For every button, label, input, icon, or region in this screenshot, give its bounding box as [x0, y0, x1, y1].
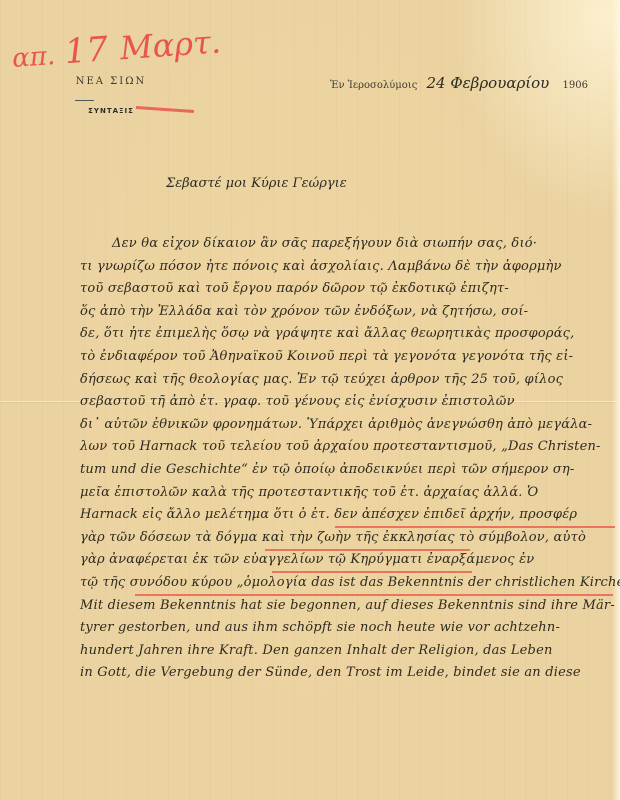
letter-line-text: Harnack εἰς ἄλλο μελέτημα ὅτι ὁ ἐτ. δεν …: [80, 507, 577, 522]
dateline-day-month: 24 Φεβρουαρίου: [426, 74, 549, 92]
letter-line-text: τοῦ σεβαστοῦ καὶ τοῦ ἔργου παρόν δῶρον τ…: [80, 281, 509, 296]
letter-line-text: tyrer gestorben, und aus ihm schöpft sie…: [80, 620, 560, 635]
letter-line-text: μεῖα ἐπιστολῶν καλὰ τῆς προτεσταντικῆς τ…: [80, 485, 538, 500]
red-pencil-underline: [272, 571, 472, 573]
letter-line: hundert Jahren ihre Kraft. Den ganzen In…: [0, 643, 620, 667]
annotation-day: 17: [63, 29, 109, 72]
letterhead-divider: [75, 100, 94, 101]
letter-line-text: Δεν θα εἶχον δίκαιον ἂν σᾶς παρεξήγουν δ…: [112, 236, 537, 251]
letter-line-text: γὰρ ἀναφέρεται ἐκ τῶν εὐαγγελίων τῷ Κηρύ…: [80, 552, 534, 567]
letter-line-text: ὅς ἀπὸ τὴν Ἑλλάδα καὶ τὸν χρόνον τῶν ἐνδ…: [80, 304, 528, 319]
letter-line: τὸ ἐνδιαφέρον τοῦ Ἀθηναϊκοῦ Κοινοῦ περὶ …: [0, 349, 620, 373]
letter-line: μεῖα ἐπιστολῶν καλὰ τῆς προτεσταντικῆς τ…: [0, 485, 620, 509]
letter-line-text: δι᾽ αὐτῶν ἐθνικῶν φρονημάτων. Ὑπάρχει ἀρ…: [80, 417, 592, 432]
letter-line-text: hundert Jahren ihre Kraft. Den ganzen In…: [80, 643, 553, 658]
letterhead-subtitle: ΣΥΝΤΑΞΙΣ: [56, 107, 166, 115]
letter-line-text: δήσεως καὶ τῆς θεολογίας μας. Ἐν τῷ τεύχ…: [80, 372, 563, 387]
letter-line-text: τῷ τῆς συνόδου κύρου „ὁμολογία das ist d…: [80, 575, 620, 590]
letter-line: tyrer gestorben, und aus ihm schöpft sie…: [0, 620, 620, 644]
red-pencil-underline: [335, 526, 615, 528]
letter-line: δήσεως καὶ τῆς θεολογίας μας. Ἐν τῷ τεύχ…: [0, 372, 620, 396]
red-pencil-underline: [135, 594, 613, 596]
letter-line-text: δε, ὅτι ἦτε ἐπιμελὴς ὅσῳ νὰ γράψητε καὶ …: [80, 326, 574, 341]
letter-line-text: τι γνωρίζω πόσον ἦτε πόνοις καὶ ἀσχολίαι…: [80, 259, 562, 274]
dateline-place: Ἐν Ἱεροσολύμοις: [330, 80, 417, 91]
letterhead-title: ΝΕΑ ΣΙΩΝ: [56, 76, 166, 87]
letter-line-text: Mit diesem Bekenntnis hat sie begonnen, …: [80, 598, 615, 613]
letter-line-text: γὰρ τῶν δόσεων τὰ δόγμα καὶ τὴν ζωὴν τῆς…: [80, 530, 586, 545]
letter-line: ὅς ἀπὸ τὴν Ἑλλάδα καὶ τὸν χρόνον τῶν ἐνδ…: [0, 304, 620, 328]
dateline: Ἐν Ἱεροσολύμοις 24 Φεβρουαρίου 1906: [330, 74, 588, 92]
letter-line: σεβαστοῦ τῆ ἀπὸ ἐτ. γραφ. τοῦ γένους εἰς…: [0, 394, 620, 418]
letter-line: τι γνωρίζω πόσον ἦτε πόνοις καὶ ἀσχολίαι…: [0, 259, 620, 283]
letter-line: τοῦ σεβαστοῦ καὶ τοῦ ἔργου παρόν δῶρον τ…: [0, 281, 620, 305]
letter-line-text: τὸ ἐνδιαφέρον τοῦ Ἀθηναϊκοῦ Κοινοῦ περὶ …: [80, 349, 573, 364]
letter-line: in Gott, die Vergebung der Sünde, den Tr…: [0, 665, 620, 689]
letter-line: Δεν θα εἶχον δίκαιον ἂν σᾶς παρεξήγουν δ…: [0, 236, 620, 260]
letter-line-text: λων τοῦ Harnack τοῦ τελείου τοῦ ἀρχαίου …: [80, 439, 601, 454]
letter-line: δε, ὅτι ἦτε ἐπιμελὴς ὅσῳ νὰ γράψητε καὶ …: [0, 326, 620, 350]
letter-page: απ.17Μαρτ. ΝΕΑ ΣΙΩΝ ΣΥΝΤΑΞΙΣ Ἐν Ἱεροσολύ…: [0, 0, 620, 800]
letter-line-text: σεβαστοῦ τῆ ἀπὸ ἐτ. γραφ. τοῦ γένους εἰς…: [80, 394, 515, 409]
annotation-month: Μαρτ.: [119, 22, 222, 67]
letter-line-text: tum und die Geschichte“ ἐν τῷ ὁποίῳ ἀποδ…: [80, 462, 575, 477]
letter-line: Mit diesem Bekenntnis hat sie begonnen, …: [0, 598, 620, 622]
salutation: Σεβαστέ μοι Κύριε Γεώργιε: [166, 176, 347, 191]
annotation-prefix: απ.: [11, 41, 56, 74]
red-pencil-annotation: απ.17Μαρτ.: [11, 21, 223, 75]
letter-line-text: in Gott, die Vergebung der Sünde, den Tr…: [80, 665, 581, 680]
letter-line: δι᾽ αὐτῶν ἐθνικῶν φρονημάτων. Ὑπάρχει ἀρ…: [0, 417, 620, 441]
letter-line: tum und die Geschichte“ ἐν τῷ ὁποίῳ ἀποδ…: [0, 462, 620, 486]
dateline-year: 1906: [563, 80, 588, 91]
letter-line: λων τοῦ Harnack τοῦ τελείου τοῦ ἀρχαίου …: [0, 439, 620, 463]
red-pencil-underline: [265, 549, 470, 551]
